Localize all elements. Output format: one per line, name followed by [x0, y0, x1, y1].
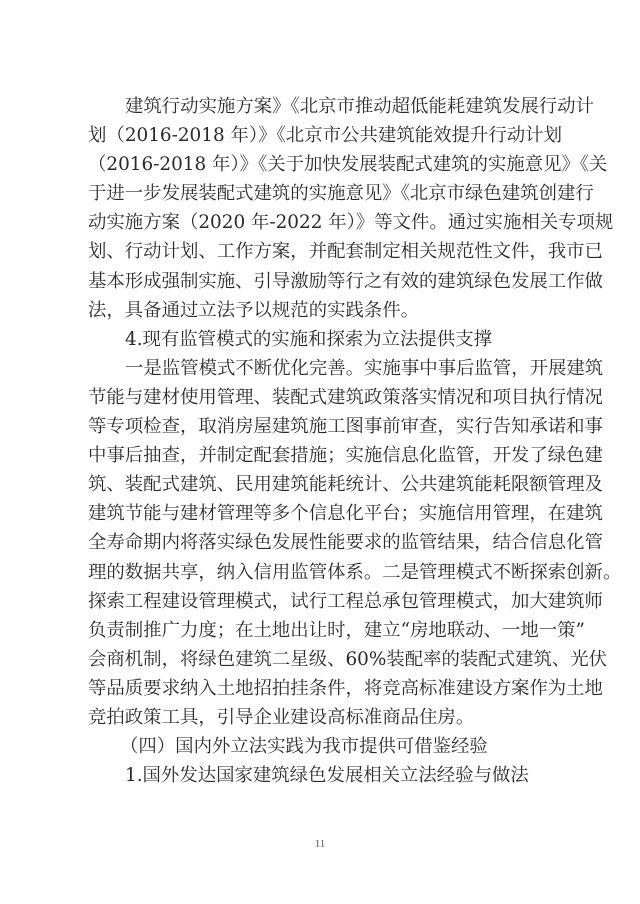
text-line: 一是监管模式不断优化完善。实施事中事后监管，开展建筑 — [88, 354, 562, 383]
document-body: 建筑行动实施方案》《北京市推动超低能耗建筑发展行动计 划（2016-2018 年… — [88, 92, 562, 790]
text-line: 法，具备通过立法予以规范的实践条件。 — [88, 296, 562, 325]
text-line: 节能与建材使用管理、装配式建筑政策落实情况和项目执行情况 — [88, 383, 562, 412]
text-line: 等品质要求纳入土地招拍挂条件，将竞高标准建设方案作为土地 — [88, 674, 562, 703]
text-line: 探索工程建设管理模式，试行工程总承包管理模式，加大建筑师 — [88, 587, 562, 616]
text-line: 竞拍政策工具，引导企业建设高标准商品住房。 — [88, 703, 562, 732]
text-line: 筑、装配式建筑、民用建筑能耗统计、公共建筑能耗限额管理及 — [88, 470, 562, 499]
paragraph: 一是监管模式不断优化完善。实施事中事后监管，开展建筑 节能与建材使用管理、装配式… — [88, 354, 562, 732]
section-heading: （四）国内外立法实践为我市提供可借鉴经验 — [88, 732, 562, 761]
text-line: 基本形成强制实施、引导激励等行之有效的建筑绿色发展工作做 — [88, 267, 562, 296]
text-line: 等专项检查，取消房屋建筑施工图事前审查，实行告知承诺和事 — [88, 412, 562, 441]
text-line: 负责制推广力度；在土地出让时，建立“房地联动、一地一策” — [88, 616, 562, 645]
paragraph: 建筑行动实施方案》《北京市推动超低能耗建筑发展行动计 划（2016-2018 年… — [88, 92, 562, 325]
text-line: 于进一步发展装配式建筑的实施意见》《北京市绿色建筑创建行 — [88, 179, 562, 208]
text-line: 会商机制，将绿色建筑二星级、60%装配率的装配式建筑、光伏 — [88, 645, 562, 674]
text-line: 建筑行动实施方案》《北京市推动超低能耗建筑发展行动计 — [88, 92, 562, 121]
page-number: 11 — [0, 838, 640, 850]
text-line: 划、行动计划、工作方案，并配套制定相关规范性文件，我市已 — [88, 237, 562, 266]
subheading: 4.现有监管模式的实施和探索为立法提供支撑 — [88, 325, 562, 354]
text-line: 理的数据共享，纳入信用监管体系。二是管理模式不断探索创新。 — [88, 558, 562, 587]
text-line: 动实施方案（2020 年-2022 年）》等文件。通过实施相关专项规 — [88, 208, 562, 237]
subheading: 1.国外发达国家建筑绿色发展相关立法经验与做法 — [88, 761, 562, 790]
text-line: 建筑节能与建材管理等多个信息化平台；实施信用管理，在建筑 — [88, 499, 562, 528]
text-line: 全寿命期内将落实绿色发展性能要求的监管结果，结合信息化管 — [88, 528, 562, 557]
text-line: （2016-2018 年）》《关于加快发展装配式建筑的实施意见》《关 — [88, 150, 562, 179]
text-line: 划（2016-2018 年）》《北京市公共建筑能效提升行动计划 — [88, 121, 562, 150]
text-line: 中事后抽查，并制定配套措施；实施信息化监管，开发了绿色建 — [88, 441, 562, 470]
document-page: 建筑行动实施方案》《北京市推动超低能耗建筑发展行动计 划（2016-2018 年… — [0, 0, 640, 904]
